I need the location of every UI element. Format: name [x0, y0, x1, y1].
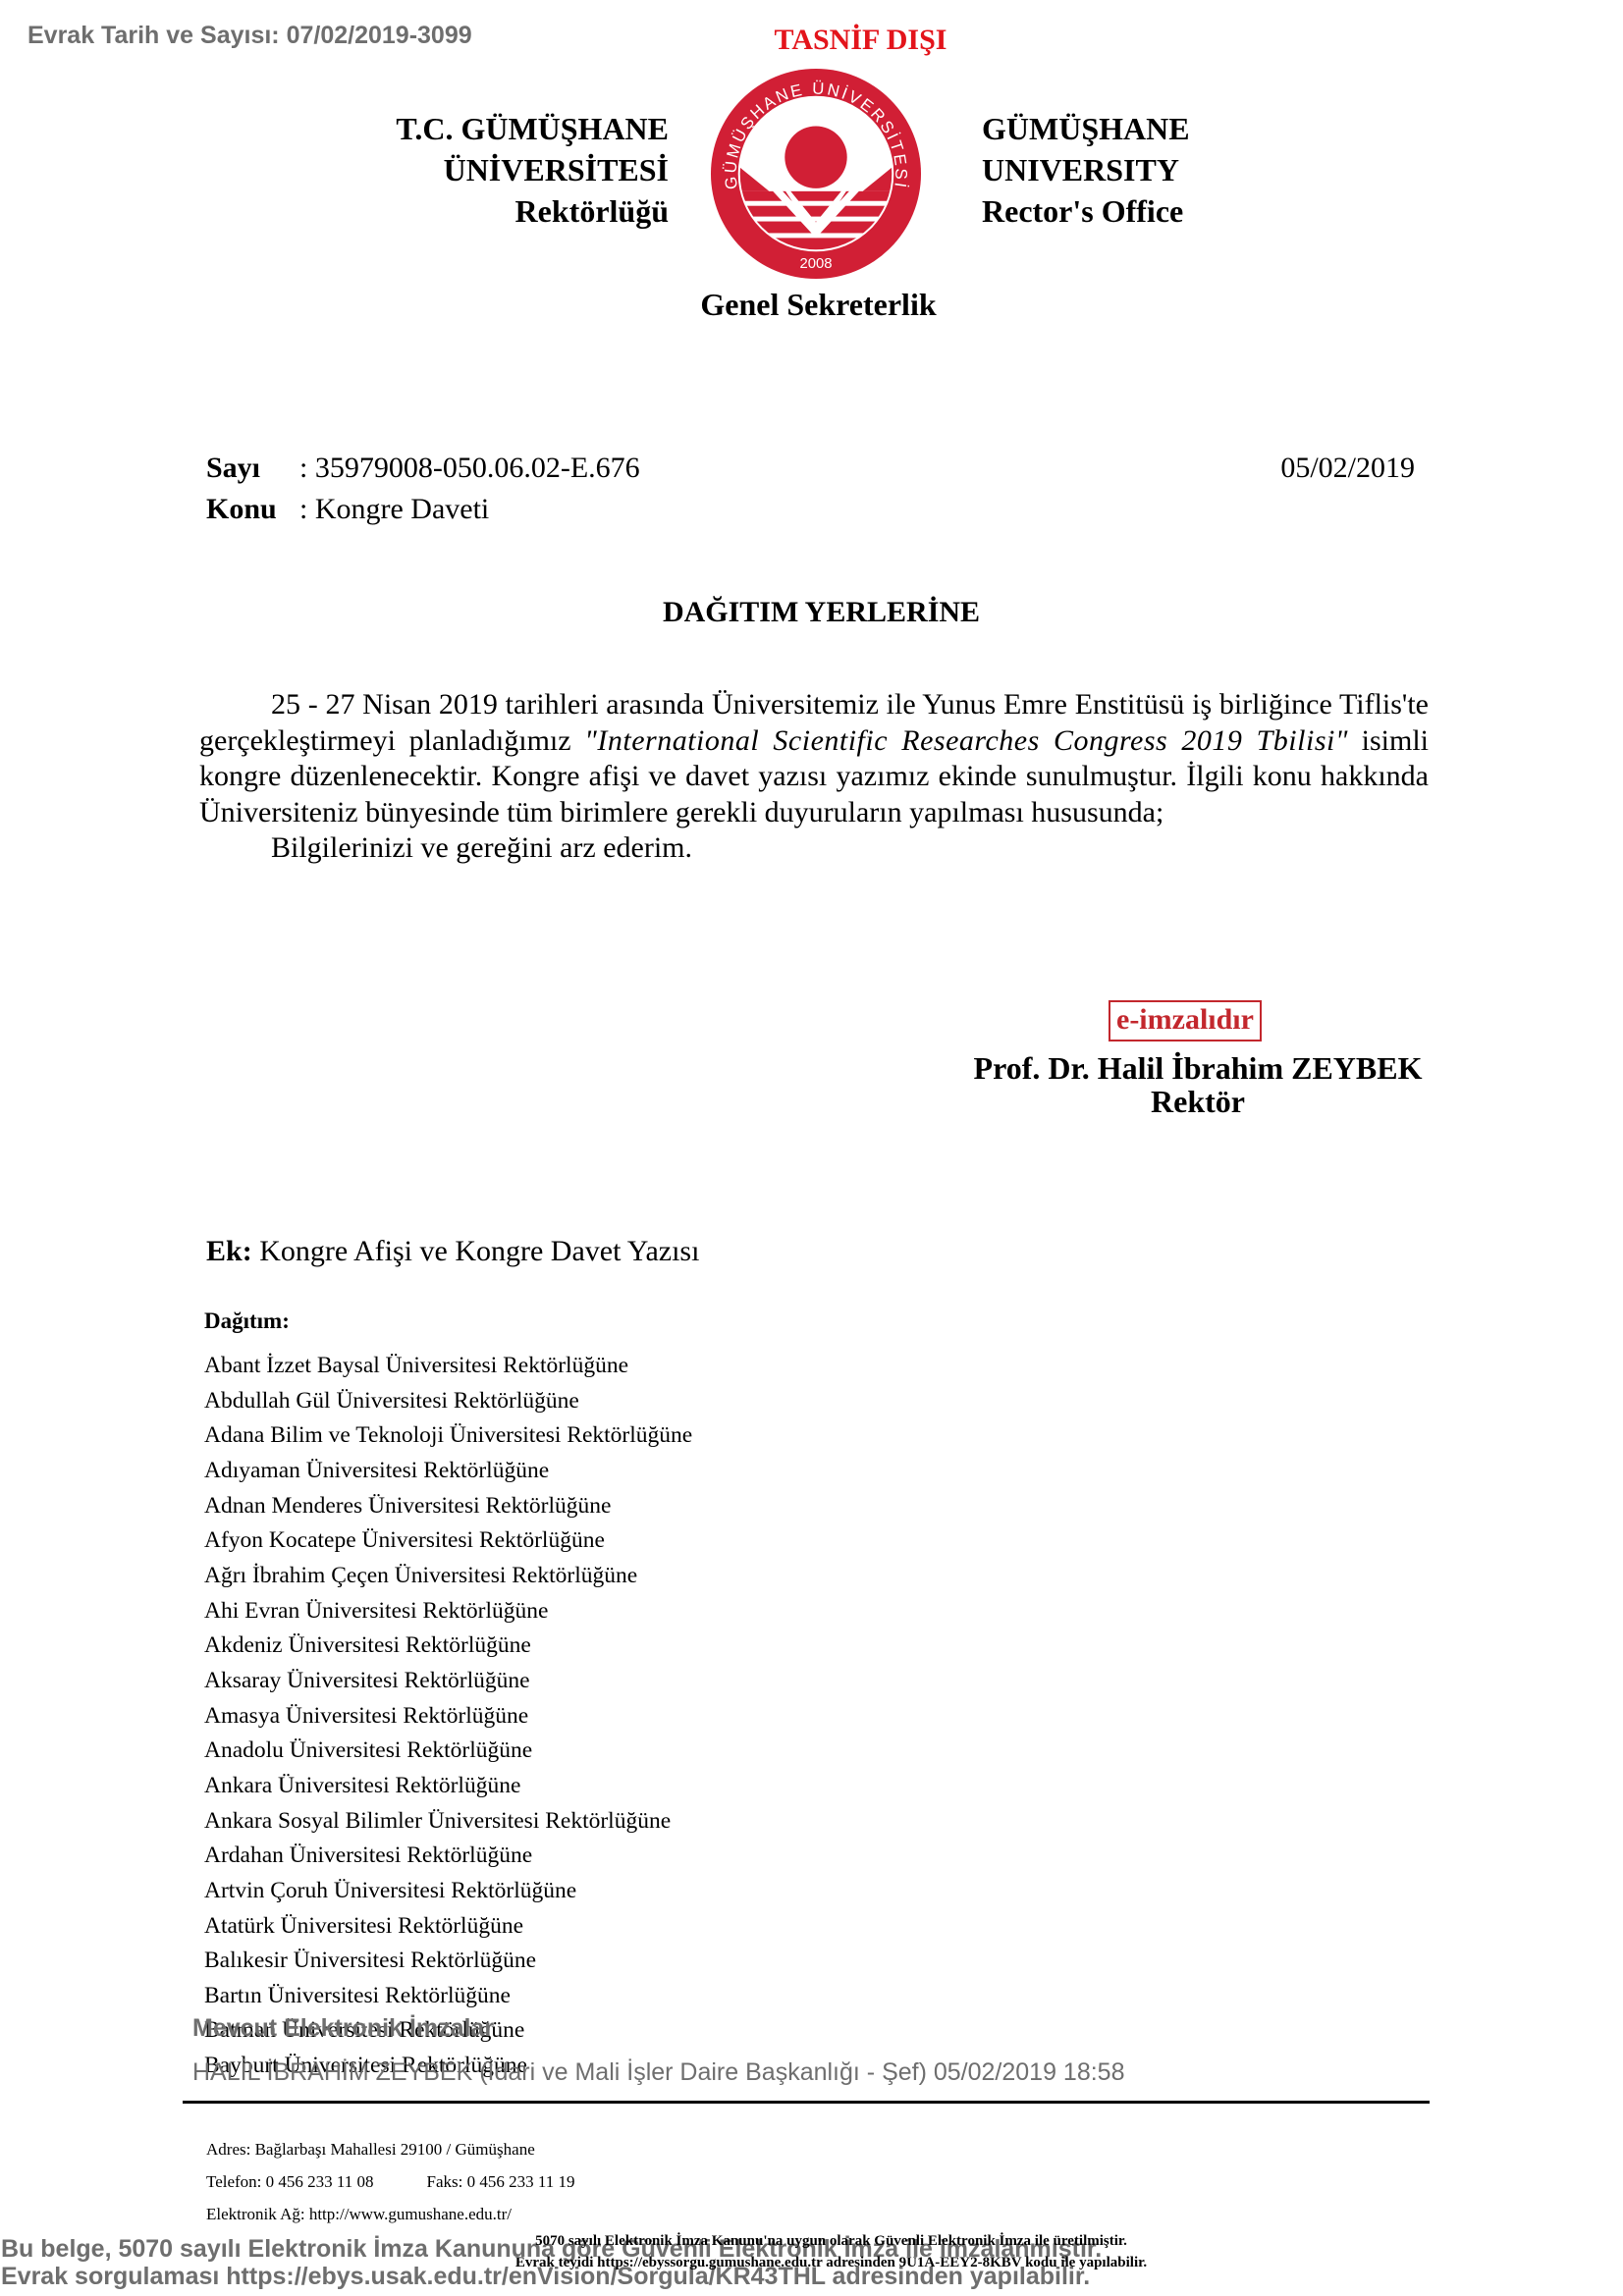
distribution-item: Ankara Üniversitesi Rektörlüğüne — [204, 1769, 692, 1804]
verification-notice: Evrak teyidi https://ebyssorgu.gumushane… — [0, 2255, 1623, 2271]
document-date: 05/02/2019 — [1280, 452, 1415, 485]
distribution-item: Anadolu Üniversitesi Rektörlüğüne — [204, 1734, 692, 1769]
header-right-line-1: GÜMÜŞHANE — [982, 111, 1190, 147]
footer-address: Adres: Bağlarbaşı Mahallesi 29100 / Gümü… — [206, 2140, 535, 2160]
existing-signatures-heading: Mevcut Elektronik İmzalar — [192, 2014, 494, 2043]
distribution-item: Adıyaman Üniversitesi Rektörlüğüne — [204, 1454, 692, 1489]
distribution-list: Abant İzzet Baysal Üniversitesi Rektörlü… — [204, 1349, 692, 2084]
distribution-item: Ahi Evran Üniversitesi Rektörlüğüne — [204, 1594, 692, 1629]
distribution-item: Ardahan Üniversitesi Rektörlüğüne — [204, 1839, 692, 1874]
number-value: : 35979008-050.06.02-E.676 — [299, 452, 640, 485]
distribution-item: Abant İzzet Baysal Üniversitesi Rektörlü… — [204, 1349, 692, 1384]
distribution-item: Aksaray Üniversitesi Rektörlüğüne — [204, 1664, 692, 1699]
signature-log-entry: HALİL İBRAHİM ZEYBEK (İdari ve Mali İşle… — [192, 2058, 1125, 2087]
footer-web: Elektronik Ağ: http://www.gumushane.edu.… — [206, 2205, 512, 2224]
header-right-line-2: UNIVERSITY — [982, 152, 1179, 188]
body-paragraph-2: Bilgilerinizi ve gereğini arz ederim. — [199, 830, 1429, 867]
body-paragraph-1: 25 - 27 Nisan 2019 tarihleri arasında Ün… — [199, 687, 1429, 830]
attachment-line: Ek: Kongre Afişi ve Kongre Davet Yazısı — [206, 1235, 699, 1268]
distribution-item: Akdeniz Üniversitesi Rektörlüğüne — [204, 1629, 692, 1664]
header-right-line-3: Rector's Office — [982, 193, 1183, 230]
distribution-item: Balıkesir Üniversitesi Rektörlüğüne — [204, 1944, 692, 1979]
classification-label: TASNİF DIŞI — [0, 24, 1623, 57]
footer-contact: Telefon: 0 456 233 11 08Faks: 0 456 233 … — [206, 2172, 574, 2192]
department-name: Genel Sekreterlik — [0, 287, 1623, 323]
attachment-value: Kongre Afişi ve Kongre Davet Yazısı — [252, 1235, 700, 1267]
distribution-item: Atatürk Üniversitesi Rektörlüğüne — [204, 1909, 692, 1945]
distribution-item: Amasya Üniversitesi Rektörlüğüne — [204, 1699, 692, 1735]
footer-fax: Faks: 0 456 233 11 19 — [427, 2172, 575, 2191]
subject-value: : Kongre Daveti — [299, 493, 489, 526]
header-left-line-1: T.C. GÜMÜŞHANE — [396, 111, 669, 147]
legal-notice: 5070 sayılı Elektronik İmza Kanunu'na uy… — [0, 2233, 1623, 2250]
footer-phone: Telefon: 0 456 233 11 08 — [206, 2172, 374, 2191]
distribution-item: Abdullah Gül Üniversitesi Rektörlüğüne — [204, 1384, 692, 1419]
distribution-item: Ağrı İbrahim Çeçen Üniversitesi Rektörlü… — [204, 1559, 692, 1594]
distribution-item: Artvin Çoruh Üniversitesi Rektörlüğüne — [204, 1874, 692, 1909]
letter-body: 25 - 27 Nisan 2019 tarihleri arasında Ün… — [199, 687, 1429, 867]
university-seal-icon: GÜMÜŞHANE ÜNİVERSİTESİ 2008 — [709, 67, 923, 281]
number-label: Sayı — [206, 452, 260, 485]
distribution-item: Adana Bilim ve Teknoloji Üniversitesi Re… — [204, 1418, 692, 1454]
distribution-label: Dağıtım: — [204, 1308, 290, 1334]
addressee-heading: DAĞITIM YERLERİNE — [0, 596, 1623, 629]
distribution-item: Bartın Üniversitesi Rektörlüğüne — [204, 1979, 692, 2014]
attachment-label: Ek: — [206, 1235, 252, 1267]
svg-text:2008: 2008 — [799, 256, 832, 272]
distribution-item: Afyon Kocatepe Üniversitesi Rektörlüğüne — [204, 1523, 692, 1559]
subject-label: Konu — [206, 493, 277, 526]
signer-title: Rektör — [0, 1084, 1623, 1120]
header-left-line-2: ÜNİVERSİTESİ — [444, 152, 669, 188]
e-signed-badge: e-imzalıdır — [1109, 1000, 1262, 1041]
header-left-line-3: Rektörlüğü — [515, 193, 669, 230]
distribution-item: Ankara Sosyal Bilimler Üniversitesi Rekt… — [204, 1804, 692, 1840]
distribution-item: Adnan Menderes Üniversitesi Rektörlüğüne — [204, 1489, 692, 1524]
congress-title: "International Scientific Researches Con… — [584, 724, 1348, 757]
signer-name: Prof. Dr. Halil İbrahim ZEYBEK — [0, 1050, 1623, 1087]
footer-divider — [183, 2101, 1430, 2104]
